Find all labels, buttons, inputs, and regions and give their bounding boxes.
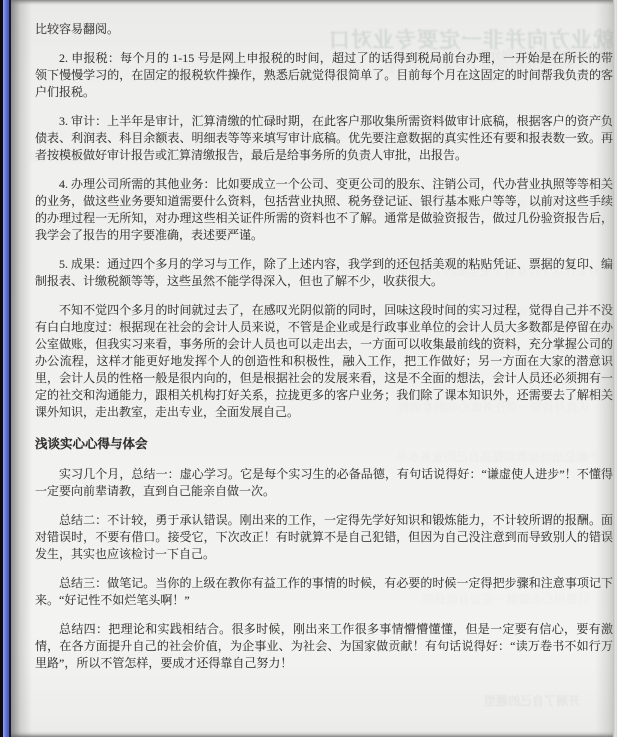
body-paragraph-summary-1: 实习几个月，总结一：虚心学习。它是每个实习生的必备品德，有句话说得好：“谦虚使人… [35, 466, 613, 500]
scanned-document-page: 就业方向并非一定要专业对口 会计专业的就业方向分析 的工作内容和流程有了更深的认… [0, 0, 617, 737]
document-body: 比较容易翻阅。 2. 申报税：每个月的 1-15 号是网上申报税的时间，超过了的… [35, 21, 613, 684]
scan-spine-inner-line [9, 0, 11, 737]
body-paragraph-summary-2: 总结二：不计较，勇于承认错误。刚出来的工作，一定得先学好知识和锻炼能力，不计较所… [35, 512, 613, 563]
scan-right-shadow [595, 0, 613, 737]
scan-top-edge [0, 0, 617, 5]
bleedthrough-line: 开展了自己的题型 [300, 692, 580, 709]
body-paragraph-reflection: 不知不觉四个多月的时间就过去了，在感叹光阴似箭的同时，回味这段时间的实习过程，觉… [35, 302, 613, 421]
continuation-paragraph: 比较容易翻阅。 [35, 21, 613, 38]
scan-left-shadow [11, 0, 32, 737]
scan-bottom-edge [0, 732, 617, 737]
scan-right-edge-strip [613, 0, 617, 737]
body-paragraph-summary-3: 总结三：做笔记。当你的上级在教你有益工作的事情的时候，有必要的时候一定得把步骤和… [35, 575, 613, 609]
section-heading: 浅谈实心心得与体会 [35, 436, 613, 453]
body-paragraph-summary-4: 总结四：把理论和实践相结合。很多时候，刚出来工作很多事情懵懵懂懂，但是一定要有信… [35, 621, 613, 672]
body-paragraph-tax-filing: 2. 申报税：每个月的 1-15 号是网上申报税的时间，超过了的话得到税局前台办… [35, 50, 613, 101]
body-paragraph-results: 5. 成果：通过四个多月的学习与工作，除了上述内容，我学到的还包括美观的粘贴凭证… [35, 256, 613, 290]
body-paragraph-company-services: 4. 办理公司所需的其他业务：比如要成立一个公司、变更公司的股东、注销公司，代办… [35, 176, 613, 244]
body-paragraph-audit: 3. 审计：上半年是审计，汇算清缴的忙碌时期，在此客户那收集所需资料做审计底稿，… [35, 113, 613, 164]
